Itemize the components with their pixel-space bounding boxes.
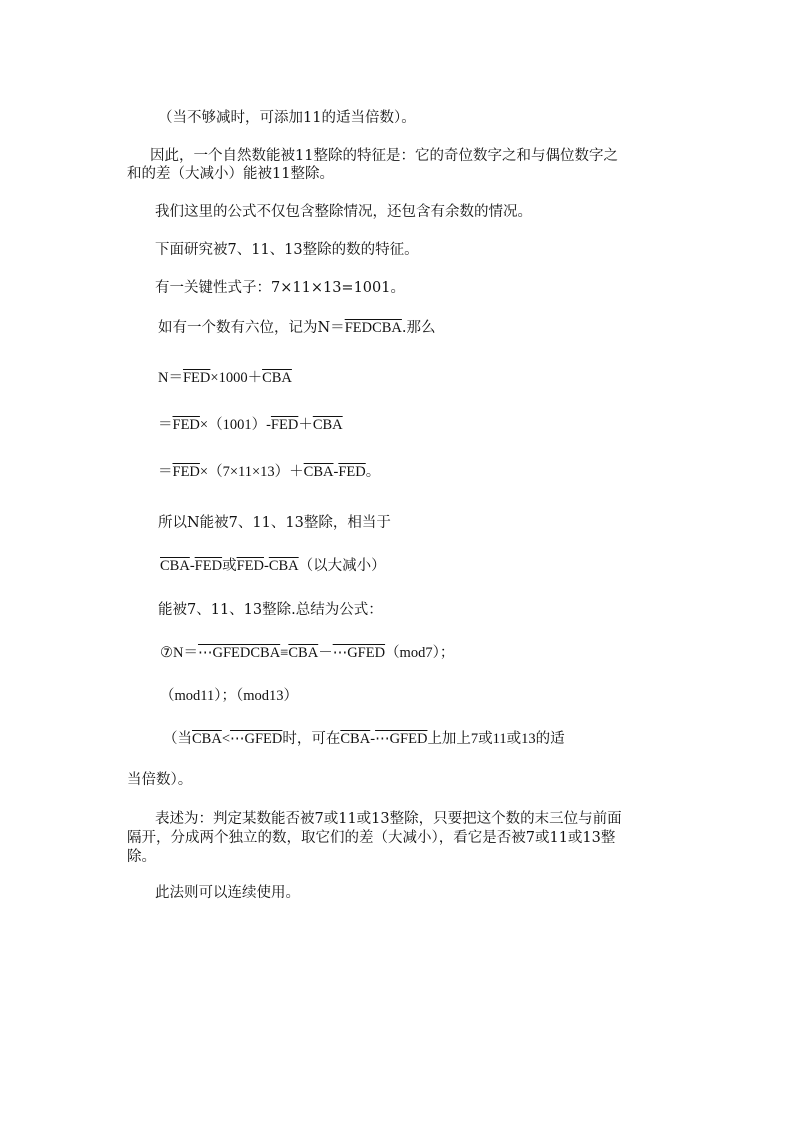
paragraph-study-7-11-13: 下面研究被7、11、13整除的数的特征。: [155, 241, 419, 259]
paragraph-formula-scope: 我们这里的公式不仅包含整除情况，还包含有余数的情况。: [155, 203, 532, 221]
formula-eq2: ＝FED×（1001）-FED＋CBA: [158, 416, 343, 434]
paragraph-repeatable: 此法则可以连续使用。: [155, 884, 300, 902]
formula-rule-mod7: ⑦N＝⋯GFEDCBA≡CBA－⋯GFED（mod7）；: [160, 644, 454, 662]
paragraph-statement-line1: 表述为：判定某数能否被7或11或13整除，只要把这个数的末三位与前面: [155, 810, 622, 828]
paragraph-11-rule-line1: 因此，一个自然数能被11整除的特征是：它的奇位数字之和与偶位数字之: [150, 147, 618, 165]
paragraph-note-add-11: （当不够减时，可添加11的适当倍数）。: [158, 109, 416, 127]
paragraph-statement-line3: 除。: [127, 848, 156, 866]
formula-difference: CBA-FED或FED-CBA（以大减小）: [160, 557, 386, 575]
overline-fedcba: FEDCBA: [345, 320, 402, 336]
formula-rule-mod11-mod13: （mod11）；（mod13）: [160, 687, 298, 705]
formula-eq3: ＝FED×（7×11×13）＋CBA-FED。: [158, 463, 380, 481]
paragraph-statement-line2: 隔开，分成两个独立的数，取它们的差（大减小），看它是否被7或11或13整: [127, 829, 615, 847]
paragraph-key-identity: 有一关键性式子：7×11×13=1001。: [155, 279, 405, 297]
formula-note-line1: （当CBA<⋯GFED时，可在CBA-⋯GFED上加上7或11或13的适: [163, 730, 565, 748]
formula-eq1: N＝FED×1000＋CBA: [158, 369, 292, 387]
formula-note-line2: 当倍数）。: [127, 771, 192, 789]
paragraph-therefore: 所以N能被7、11、13整除，相当于: [158, 514, 391, 532]
formula-six-digit-definition: 如有一个数有六位，记为N＝FEDCBA.那么: [158, 319, 436, 337]
paragraph-summary: 能被7、11、13整除.总结为公式：: [158, 601, 383, 619]
paragraph-11-rule-line2: 和的差（大减小）能被11整除。: [127, 165, 334, 183]
